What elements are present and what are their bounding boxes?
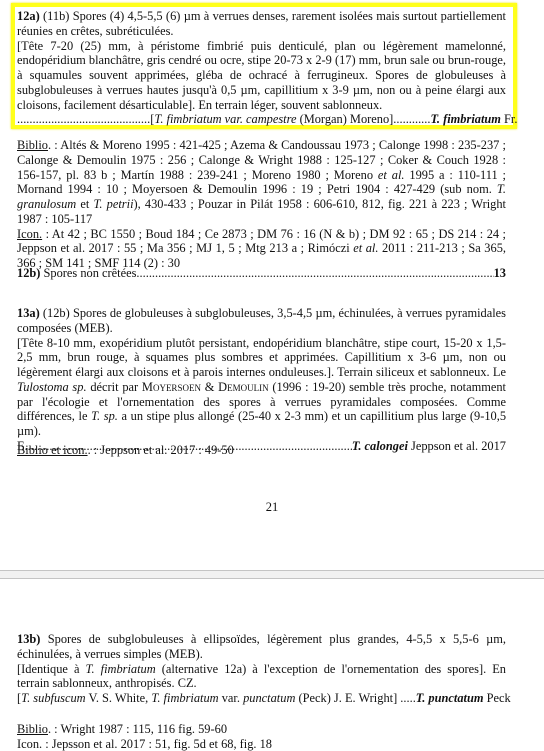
key-number: 12b) (17, 266, 40, 280)
key-13b-result: [T. subfuscum V. S. White, T. fimbriatum… (17, 691, 506, 706)
biblio-12a-text: Biblio. : Altés & Moreno 1995 : 421-425 … (17, 138, 506, 227)
biblio-12a: Biblio. : Altés & Moreno 1995 : 421-425 … (17, 138, 506, 271)
highlighted-key-12a: 12a) (11b) Spores (4) 4,5-5,5 (6) µm à v… (11, 3, 517, 129)
key-13b-description: [Identique à T. fimbriatum (alternative … (17, 662, 506, 692)
synonym-name: T. fimbriatum var. campestre (154, 112, 296, 126)
key-12a: 12a) (11b) Spores (4) 4,5-5,5 (6) µm à v… (17, 9, 506, 127)
biblio-13a: Biblio et icon.. : Jeppson et al. 2017 :… (17, 443, 506, 458)
key-13a-lead: 13a) (12b) Spores de globuleuses à subgl… (17, 306, 506, 336)
key-number: 13a) (17, 306, 40, 320)
document-page-21: 12a) (11b) Spores (4) 4,5-5,5 (6) µm à v… (0, 0, 544, 568)
key-12a-result: ........................................… (17, 112, 506, 127)
biblio-label: Biblio (17, 722, 48, 736)
species-name: T. fimbriatum (430, 112, 500, 126)
document-page-22: 13b) Spores de subglobuleuses à ellipsoï… (0, 580, 544, 751)
biblio-label: Biblio (17, 138, 48, 152)
page-break-separator (0, 570, 544, 579)
biblio-13b: Biblio. : Wright 1987 : 115, 116 fig. 59… (17, 722, 506, 751)
icon-label: Icon. (17, 227, 42, 241)
key-12a-lead: 12a) (11b) Spores (4) 4,5-5,5 (6) µm à v… (17, 9, 506, 39)
key-13a-description: [Tête 8-10 mm, exopéridium plutôt persis… (17, 336, 506, 439)
key-12b: 12b) Spores non crêtées.................… (17, 266, 506, 281)
key-number: 13b) (17, 632, 40, 646)
key-13b: 13b) Spores de subglobuleuses à ellipsoï… (17, 632, 506, 706)
biblio-label: Biblio et icon. (17, 443, 88, 457)
key-13b-lead: 13b) Spores de subglobuleuses à ellipsoï… (17, 632, 506, 662)
key-13a: 13a) (12b) Spores de globuleuses à subgl… (17, 306, 506, 454)
icon-12a-text: Icon. : At 42 ; BC 1550 ; Boud 184 ; Ce … (17, 227, 506, 271)
species-name: T. punctatum (416, 691, 484, 705)
icon-13b-text: Icon. : Jepsson et al. 2017 : 51, fig. 5… (17, 737, 506, 751)
key-number: 12a) (17, 9, 40, 23)
key-target: 13 (494, 266, 506, 281)
page-number: 21 (0, 500, 544, 515)
key-12a-description: [Tête 7-20 (25) mm, à péristome fimbrié … (17, 39, 506, 113)
